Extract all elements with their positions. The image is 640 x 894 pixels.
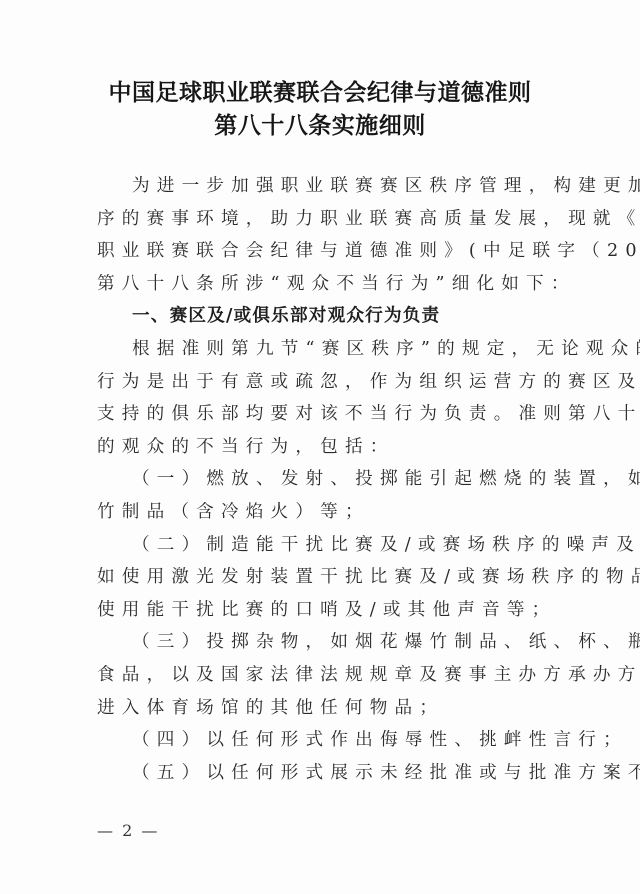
body-line: 根据准则第九节“赛区秩序”的规定，无论观众的不当 <box>97 333 549 366</box>
body-line: （一）燃放、发射、投掷能引起燃烧的装置，如烟花爆 <box>97 463 549 496</box>
body-line: 食品，以及国家法律法规规章及赛事主办方承办方禁止携带 <box>97 659 549 692</box>
body-line: （四）以任何形式作出侮辱性、挑衅性言行； <box>97 724 549 757</box>
body-line: （三）投掷杂物，如烟花爆竹制品、纸、杯、瓶、袋、 <box>97 626 549 659</box>
section-heading: 一、赛区及/或俱乐部对观众行为负责 <box>97 300 549 333</box>
document-body: 为进一步加强职业联赛赛区秩序管理，构建更加健康有序的赛事环境，助力职业联赛高质量… <box>97 170 549 789</box>
body-line: 第八十八条所涉“观众不当行为”细化如下： <box>97 268 549 301</box>
body-line: 职业联赛联合会纪律与道德准则》(中足联字（2025）28号) <box>97 235 549 268</box>
body-line: 使用能干扰比赛的口哨及/或其他声音等； <box>97 594 549 627</box>
body-line: （二）制造能干扰比赛及/或赛场秩序的噪声及/或光照， <box>97 529 549 562</box>
body-line: （五）以任何形式展示未经批准或与批准方案不一致， <box>97 757 549 790</box>
document-title-line-2: 第八十八条实施细则 <box>0 107 640 140</box>
body-line: 进入体育场馆的其他任何物品； <box>97 692 549 725</box>
body-line: 如使用激光发射装置干扰比赛及/或赛场秩序的物品，制造、 <box>97 561 549 594</box>
body-line: 行为是出于有意或疏忽，作为组织运营方的赛区及/或观众 <box>97 366 549 399</box>
body-line: 的观众的不当行为，包括： <box>97 431 549 464</box>
body-line: 竹制品（含冷焰火）等； <box>97 496 549 529</box>
body-line: 为进一步加强职业联赛赛区秩序管理，构建更加健康有 <box>97 170 549 203</box>
body-line: 支持的俱乐部均要对该不当行为负责。准则第八十八条规定 <box>97 398 549 431</box>
document-page: 中国足球职业联赛联合会纪律与道德准则 第八十八条实施细则 为进一步加强职业联赛赛… <box>0 0 640 894</box>
body-line: 序的赛事环境，助力职业联赛高质量发展，现就《中国足球 <box>97 203 549 236</box>
page-number: — 2 — <box>97 821 159 840</box>
document-title-line-1: 中国足球职业联赛联合会纪律与道德准则 <box>0 74 640 107</box>
